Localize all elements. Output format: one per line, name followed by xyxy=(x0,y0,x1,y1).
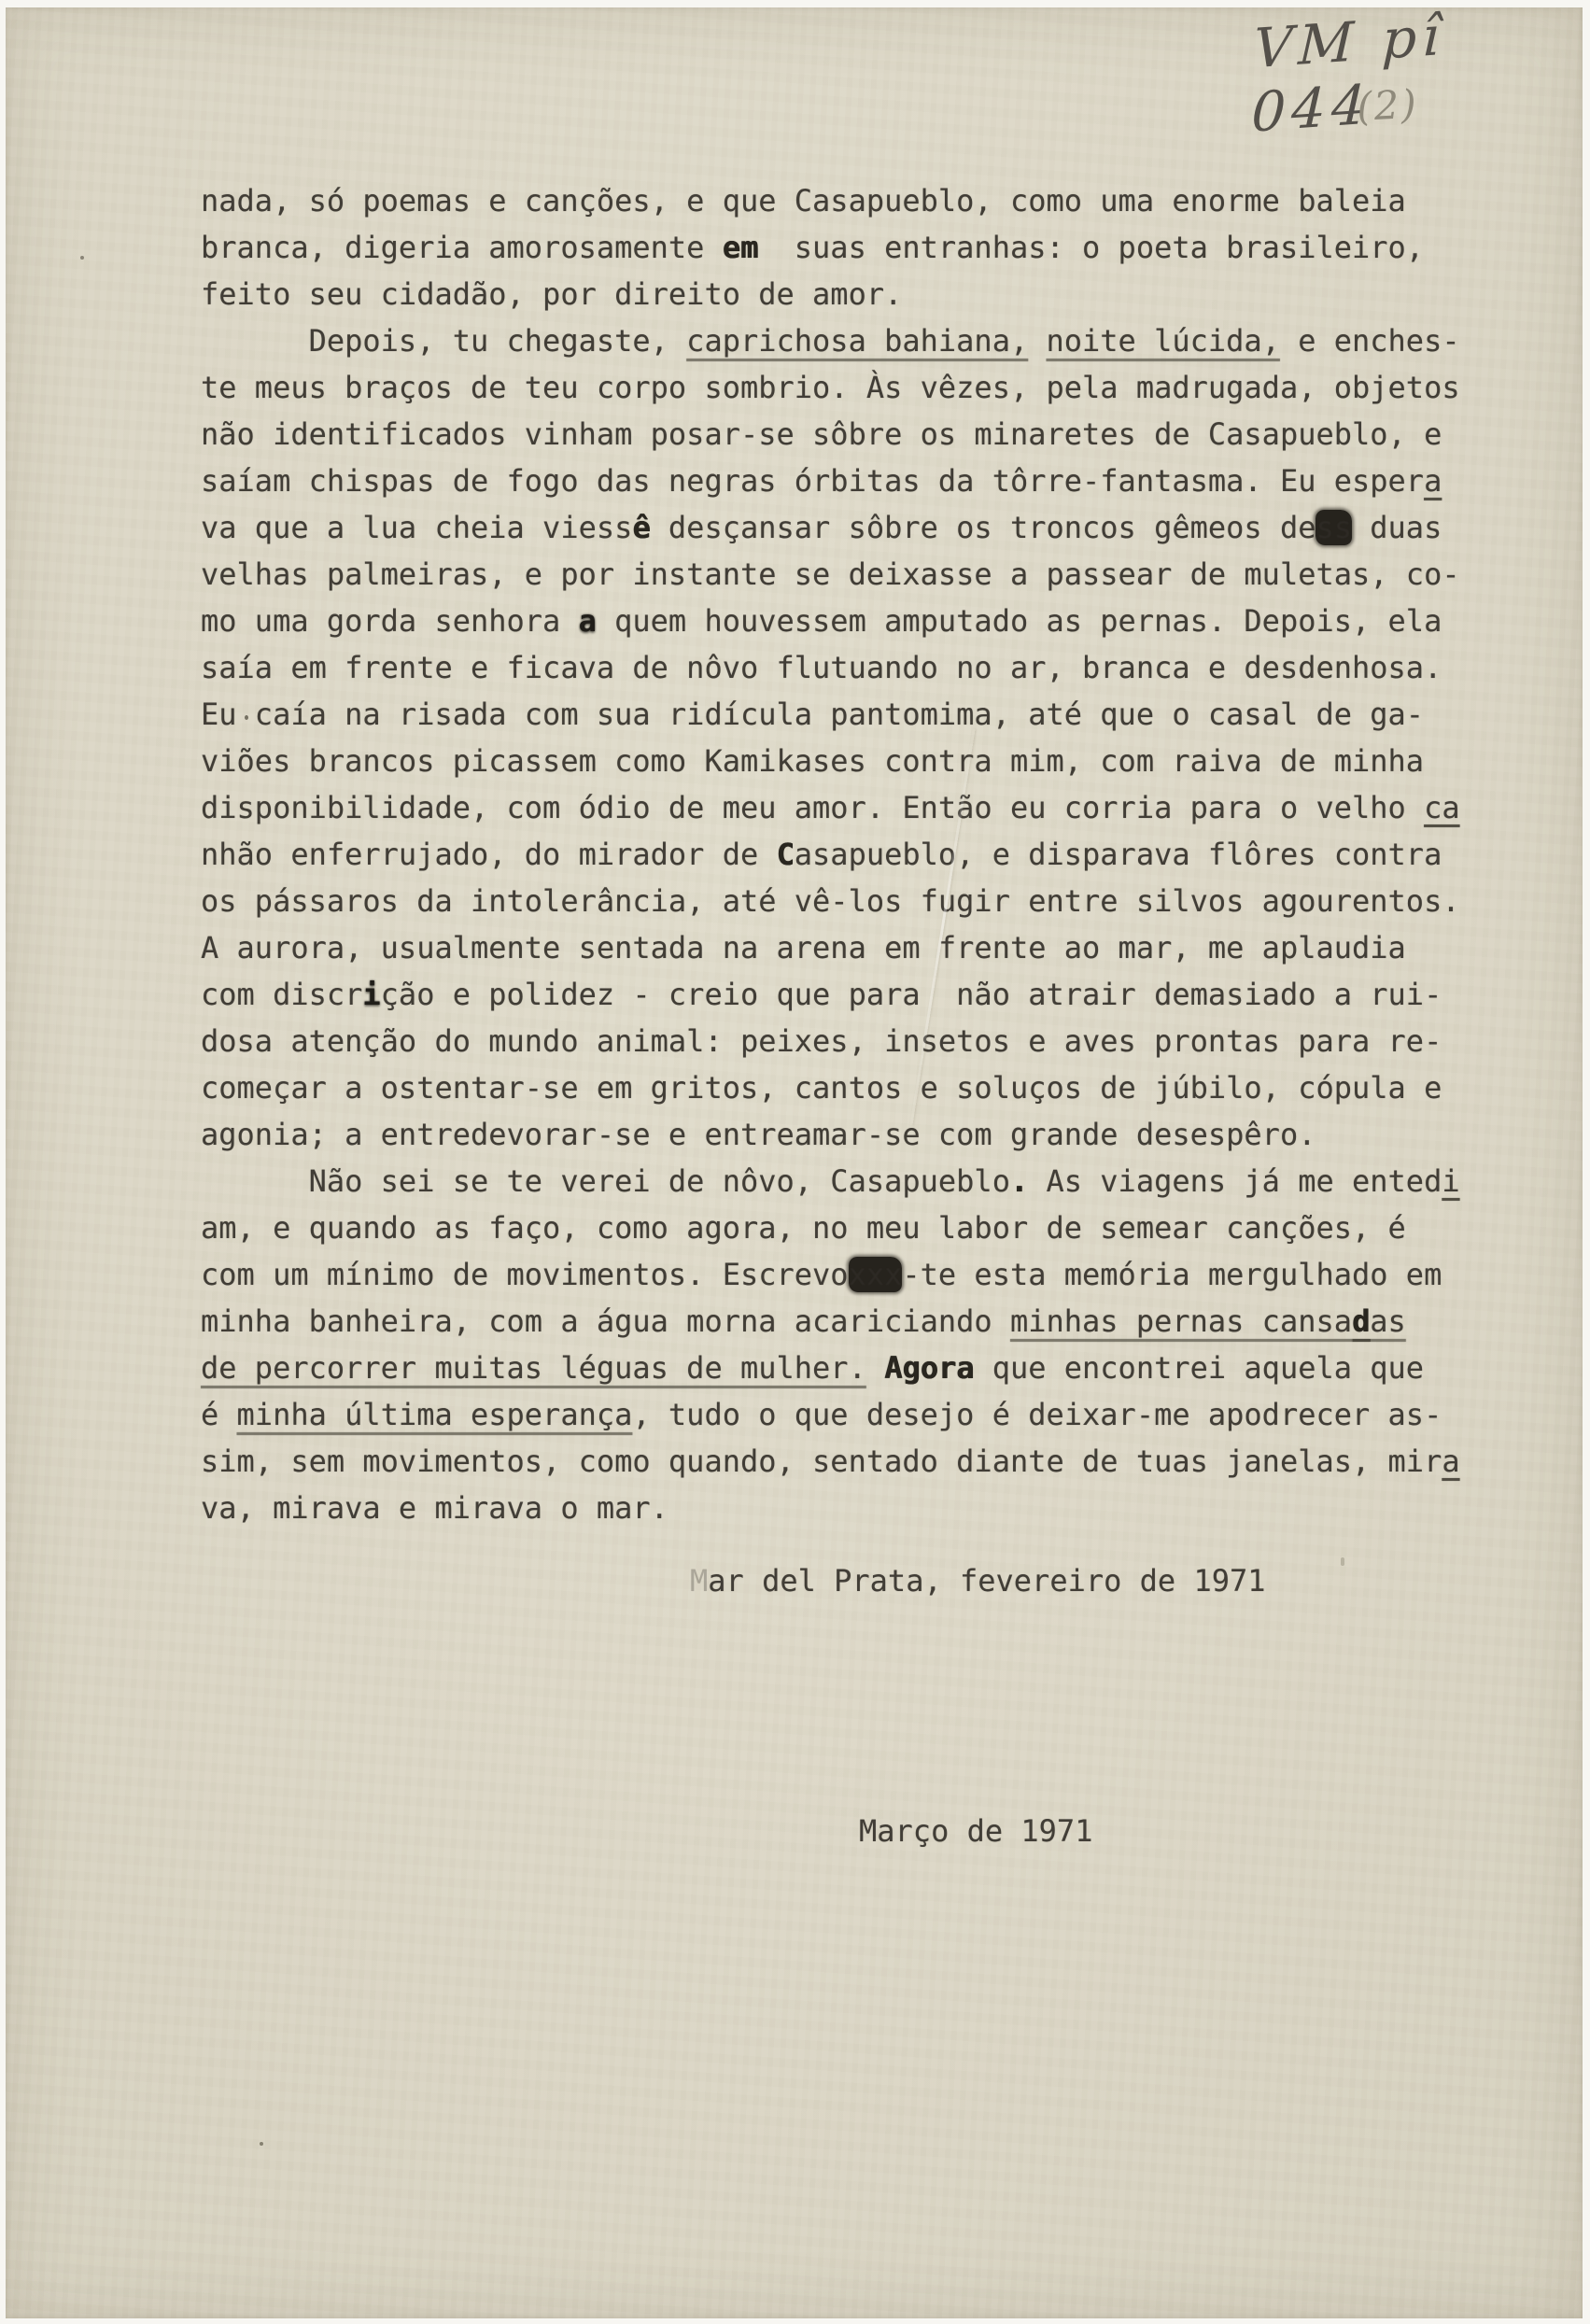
paper-speck xyxy=(1341,1557,1344,1566)
typed-line: saía em frente e ficava de nôvo flutuand… xyxy=(201,644,1527,691)
scanned-typewritten-page: VM pî 044 (2) nada, só poemas e canções,… xyxy=(6,7,1583,2318)
typed-line: agonia; a entredevorar-se e entreamar-se… xyxy=(201,1111,1527,1158)
typed-line: branca, digeria amorosamente em suas ent… xyxy=(201,224,1527,271)
typed-line: de percorrer muitas léguas de mulher. Ag… xyxy=(201,1345,1527,1391)
typed-line: sim, sem movimentos, como quando, sentad… xyxy=(201,1438,1527,1485)
typed-text-body: nada, só poemas e canções, e que Casapue… xyxy=(201,177,1527,1531)
paper-speck xyxy=(245,715,248,720)
handwritten-page-number: (2) xyxy=(1356,81,1419,130)
typed-line: Mar del Prata, fevereiro de 1971 xyxy=(690,1557,1266,1604)
typed-line: minha banheira, com a água morna acarici… xyxy=(201,1298,1527,1345)
typed-line: os pássaros da intolerância, até vê-los … xyxy=(201,878,1527,924)
typed-line: com um mínimo de movimentos. Escrevoxxx-… xyxy=(201,1251,1527,1298)
typed-line: Não sei se te verei de nôvo, Casapueblo.… xyxy=(201,1158,1527,1204)
typed-line: am, e quando as faço, como agora, no meu… xyxy=(201,1204,1527,1251)
typed-line: é minha última esperança, tudo o que des… xyxy=(201,1391,1527,1438)
dateline-marco-1971: Março de 1971 xyxy=(859,1808,1092,1854)
typed-line: com discrição e polidez - creio que para… xyxy=(201,971,1527,1018)
typed-line: mo uma gorda senhora a quem houvessem am… xyxy=(201,598,1527,644)
typed-line: nada, só poemas e canções, e que Casapue… xyxy=(201,177,1527,224)
typed-line: feito seu cidadão, por direito de amor. xyxy=(201,271,1527,317)
typed-line: Março de 1971 xyxy=(859,1808,1092,1854)
typed-line: A aurora, usualmente sentada na arena em… xyxy=(201,924,1527,971)
typed-line: disponibilidade, com ódio de meu amor. E… xyxy=(201,784,1527,831)
paper-speck xyxy=(260,2142,263,2146)
typed-line: Eu caía na risada com sua ridícula panto… xyxy=(201,691,1527,738)
typed-line: saíam chispas de fogo das negras órbitas… xyxy=(201,458,1527,504)
paper-speck xyxy=(80,256,84,260)
typed-line: Depois, tu chegaste, caprichosa bahiana,… xyxy=(201,317,1527,364)
typed-line: dosa atenção do mundo animal: peixes, in… xyxy=(201,1018,1527,1064)
dateline-mar-del-prata: Mar del Prata, fevereiro de 1971 xyxy=(690,1557,1266,1604)
typed-line: viões brancos picassem como Kamikases co… xyxy=(201,738,1527,784)
typed-line: va, mirava e mirava o mar. xyxy=(201,1485,1527,1531)
typed-line: velhas palmeiras, e por instante se deix… xyxy=(201,551,1527,598)
typed-line: começar a ostentar-se em gritos, cantos … xyxy=(201,1064,1527,1111)
typed-line: não identificados vinham posar-se sôbre … xyxy=(201,411,1527,458)
typed-line: va que a lua cheia viessê desçansar sôbr… xyxy=(201,504,1527,551)
typed-line: nhão enferrujado, do mirador de Casapueb… xyxy=(201,831,1527,878)
typed-line: te meus braços de teu corpo sombrio. Às … xyxy=(201,364,1527,411)
